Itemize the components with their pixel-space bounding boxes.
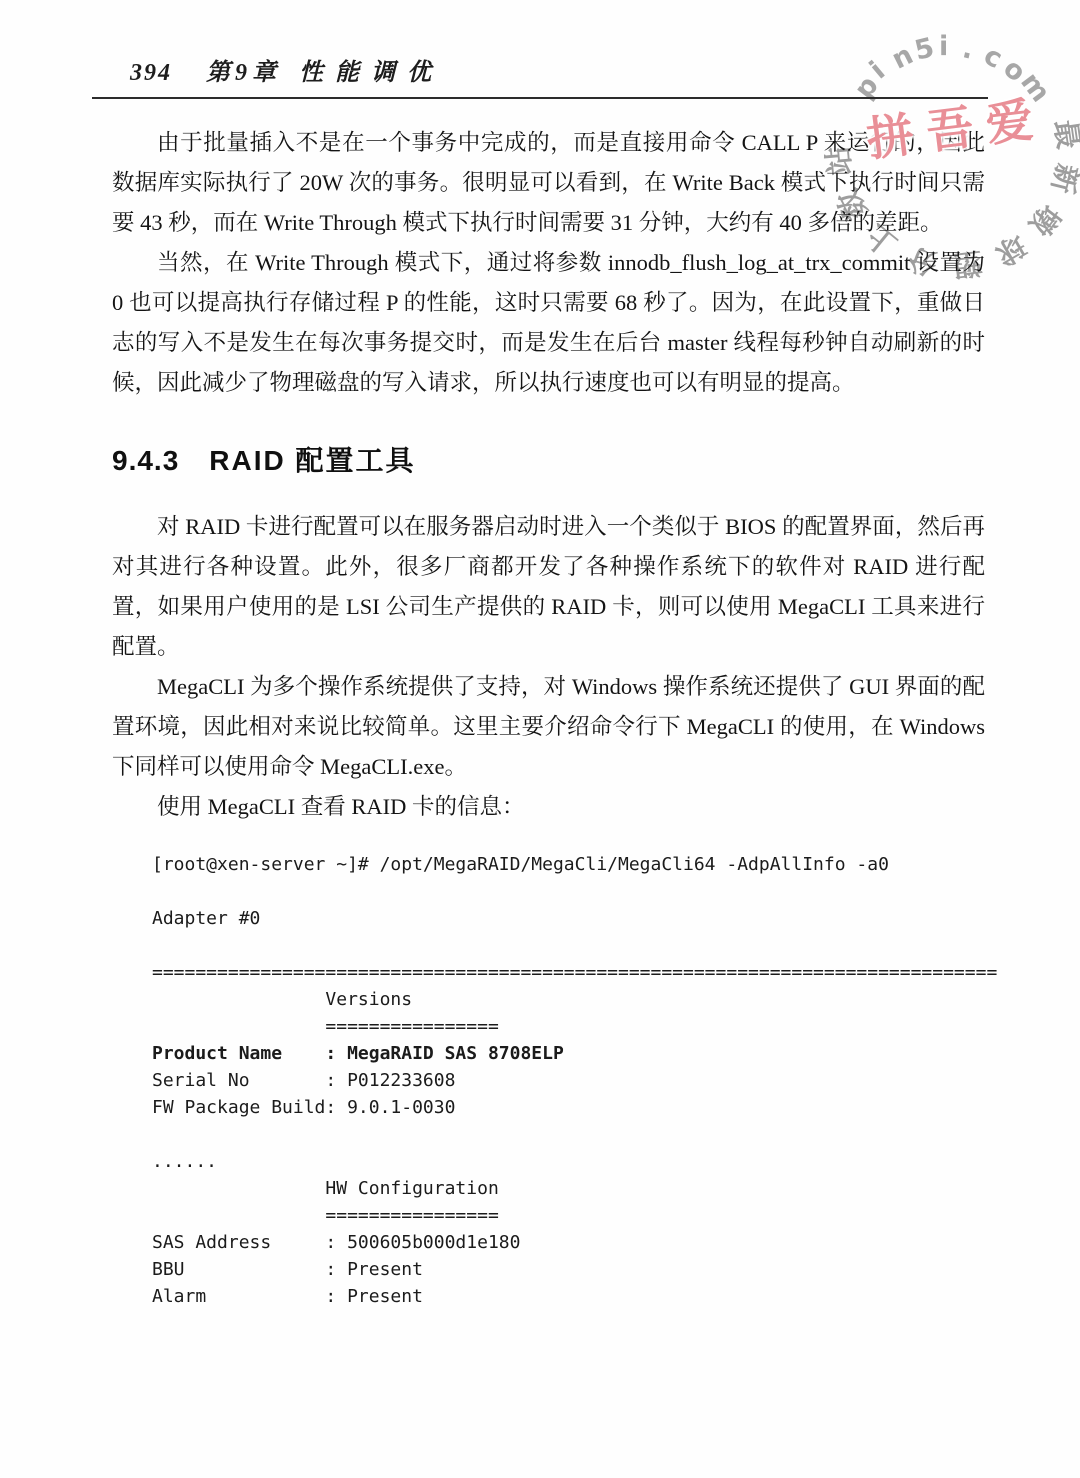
- code-line: [152, 878, 985, 905]
- intro-paragraphs: 由于批量插入不是在一个事务中完成的，而是直接用命令 CALL P 来运行的，因此…: [112, 123, 985, 403]
- code-line: ========================================…: [152, 959, 985, 986]
- code-block: [root@xen-server ~]# /opt/MegaRAID/MegaC…: [152, 851, 985, 1310]
- section-paragraphs: 对 RAID 卡进行配置可以在服务器启动时进入一个类似于 BIOS 的配置界面，…: [112, 507, 985, 827]
- chapter-number: 第9章: [206, 52, 281, 87]
- code-line: ================: [152, 1202, 985, 1229]
- page-number: 394: [130, 60, 172, 87]
- code-line: [root@xen-server ~]# /opt/MegaRAID/MegaC…: [152, 851, 985, 878]
- chapter-title: 性能调优: [299, 52, 443, 87]
- paragraph: 使用 MegaCLI 查看 RAID 卡的信息：: [112, 787, 985, 827]
- paragraph: MegaCLI 为多个操作系统提供了支持，对 Windows 操作系统还提供了 …: [112, 667, 985, 787]
- section-number: 9.4.3: [112, 445, 179, 477]
- body-text: 由于批量插入不是在一个事务中完成的，而是直接用命令 CALL P 来运行的，因此…: [112, 123, 985, 1310]
- section-title: RAID 配置工具: [209, 439, 415, 479]
- page-content: 394 第9章 性能调优 由于批量插入不是在一个事务中完成的，而是直接用命令 C…: [0, 52, 1080, 1310]
- section-heading: 9.4.3 RAID 配置工具: [112, 439, 985, 479]
- page-header: 394 第9章 性能调优: [92, 52, 988, 99]
- code-line: Product Name : MegaRAID SAS 8708ELP: [152, 1040, 985, 1067]
- code-line: Adapter #0: [152, 905, 985, 932]
- scanned-book-page: { "header": { "page_number": "394", "cha…: [0, 0, 1080, 1478]
- code-line: Versions: [152, 986, 985, 1013]
- code-line: HW Configuration: [152, 1175, 985, 1202]
- paragraph: 当然，在 Write Through 模式下，通过将参数 innodb_flus…: [112, 243, 985, 403]
- paragraph: 由于批量插入不是在一个事务中完成的，而是直接用命令 CALL P 来运行的，因此…: [112, 123, 985, 243]
- code-line: ================: [152, 1013, 985, 1040]
- paragraph: 对 RAID 卡进行配置可以在服务器启动时进入一个类似于 BIOS 的配置界面，…: [112, 507, 985, 667]
- code-line: Serial No : P012233608: [152, 1067, 985, 1094]
- code-line: [152, 1121, 985, 1148]
- code-line: ......: [152, 1148, 985, 1175]
- code-line: SAS Address : 500605b000d1e180: [152, 1229, 985, 1256]
- code-line: [152, 932, 985, 959]
- code-line: BBU : Present: [152, 1256, 985, 1283]
- code-line: FW Package Build: 9.0.1-0030: [152, 1094, 985, 1121]
- code-line: Alarm : Present: [152, 1283, 985, 1310]
